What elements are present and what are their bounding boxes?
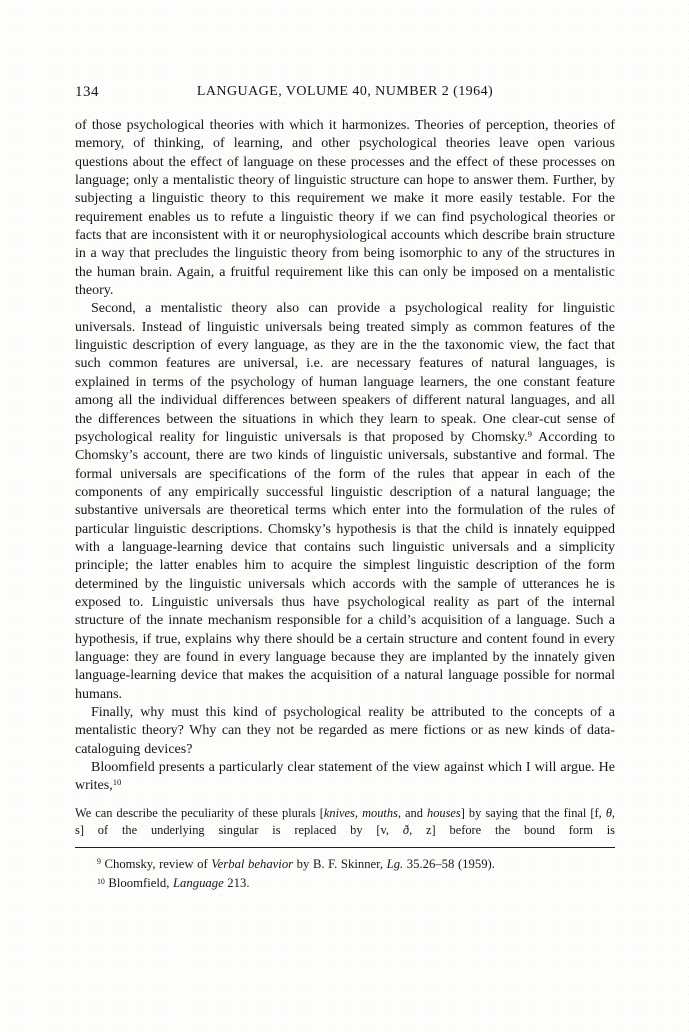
footnote-divider-rule [75, 847, 615, 848]
footnotes-section: 9 Chomsky, review of Verbal behavior by … [75, 855, 615, 894]
article-body: of those psychological theories with whi… [75, 117, 615, 894]
paragraph-continuation: of those psychological theories with whi… [75, 117, 615, 300]
block-quotation: We can describe the peculiarity of these… [75, 805, 615, 840]
paragraph-second-point: Second, a mentalistic theory also can pr… [75, 300, 615, 704]
page-number: 134 [75, 84, 99, 101]
footnote-9: 9 Chomsky, review of Verbal behavior by … [75, 855, 615, 875]
journal-title-header: LANGUAGE, VOLUME 40, NUMBER 2 (1964) [75, 84, 615, 100]
footnote-10: 10 Bloomfield, Language 213. [75, 874, 615, 894]
scanned-journal-page: 134 LANGUAGE, VOLUME 40, NUMBER 2 (1964)… [0, 0, 689, 1032]
paragraph-finally: Finally, why must this kind of psycholog… [75, 704, 615, 759]
paragraph-bloomfield-intro: Bloomfield presents a particularly clear… [75, 759, 615, 796]
page-header: 134 LANGUAGE, VOLUME 40, NUMBER 2 (1964) [75, 84, 615, 102]
